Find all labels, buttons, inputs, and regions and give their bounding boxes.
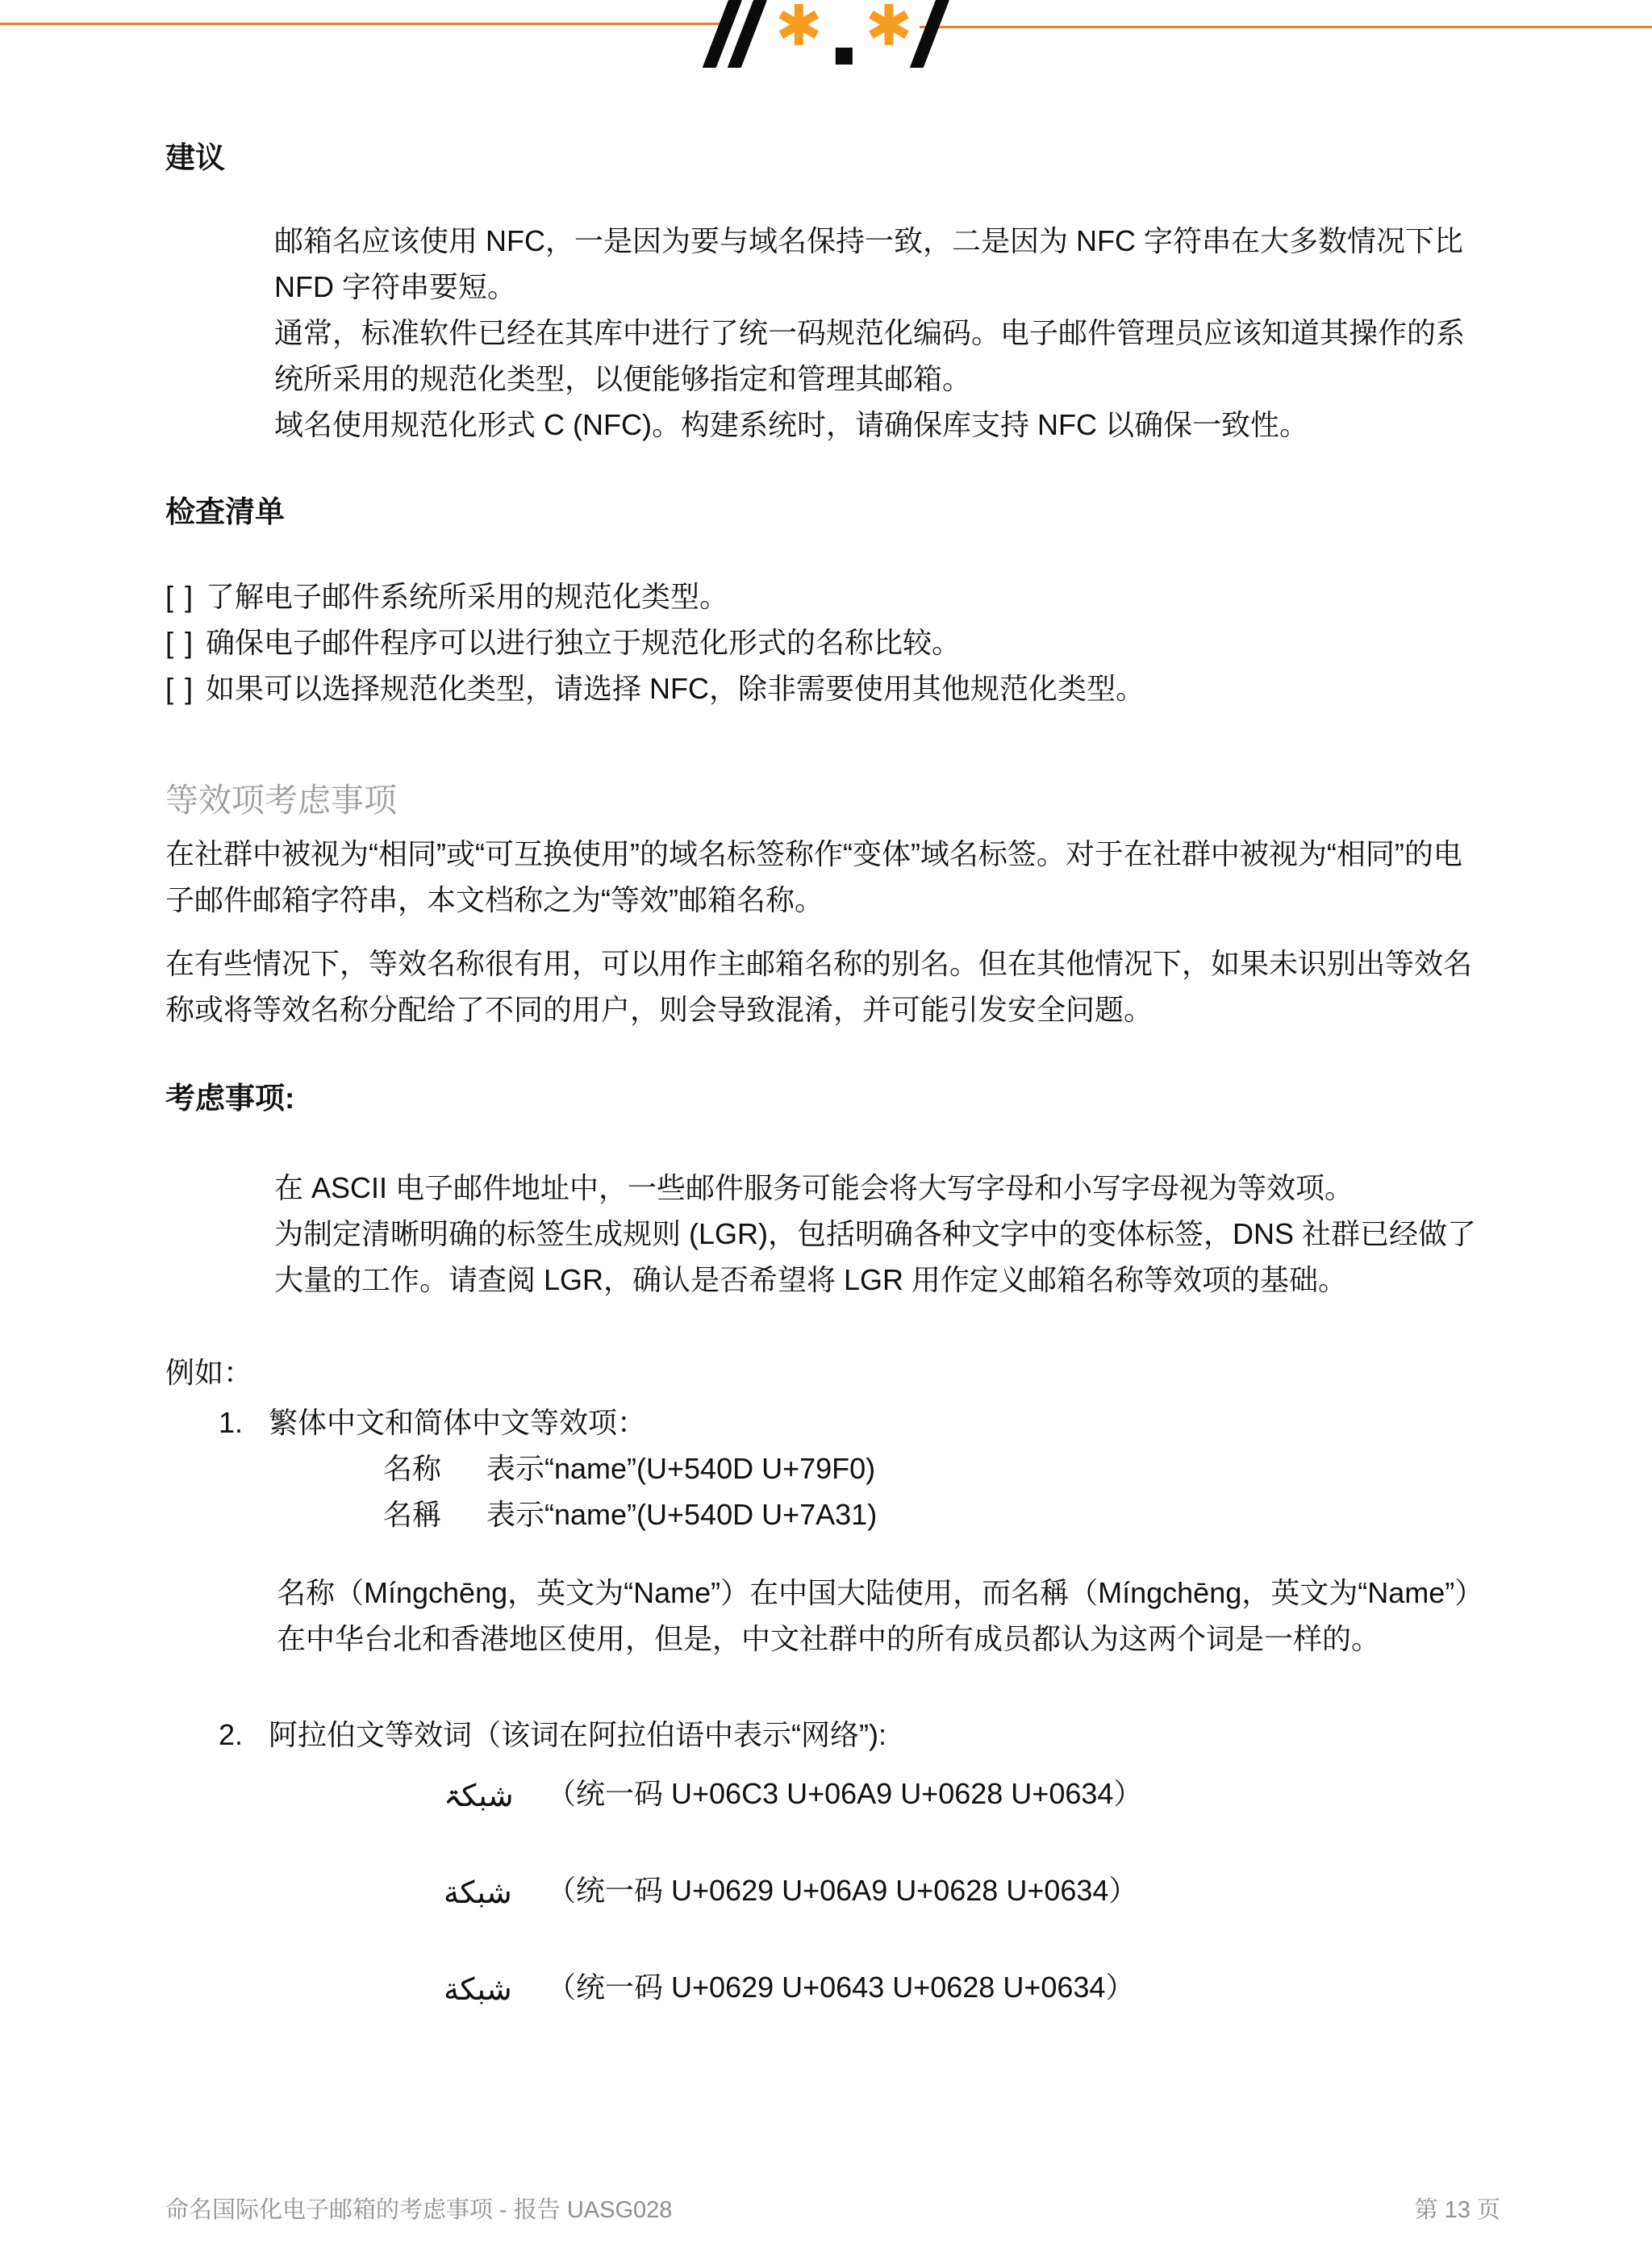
section-title-checklist: 检查清单	[165, 493, 1488, 532]
equivalence-row: 名称表示“name”(U+540D U+79F0)	[383, 1445, 1488, 1491]
term-traditional: 名稱	[383, 1491, 486, 1537]
term-description: 表示“name”(U+540D U+7A31)	[486, 1498, 877, 1531]
equivalence-row: شبکة（统一码 U+0629 U+06A9 U+0628 U+0634）	[444, 1867, 1488, 1916]
arabic-term: شبکۃ	[444, 1773, 547, 1819]
footer-page-number: 第 13 页	[1415, 2196, 1500, 2225]
paragraph: 在有些情况下，等效名称很有用，可以用作主邮箱名称的别名。但在其他情况下，如果未识…	[165, 941, 1488, 1032]
logo-asterisk-icon: ✱	[866, 0, 913, 52]
numbered-item-1: 1. 繁体中文和简体中文等效项：	[165, 1399, 1488, 1445]
list-item: 域名使用规范化形式 C (NFC)。构建系统时，请确保库支持 NFC 以确保一致…	[165, 402, 1488, 448]
logo-dot-icon	[836, 48, 853, 65]
checklist-item-text: 了解电子邮件系统所采用的规范化类型。	[206, 580, 728, 613]
subheading-considerations: 考虑事项:	[165, 1079, 1488, 1118]
bullet-marker	[223, 310, 274, 402]
bullet-marker	[223, 1165, 274, 1211]
term-description: （统一码 U+06C3 U+06A9 U+0628 U+0634）	[547, 1777, 1142, 1810]
bullet-marker	[223, 218, 274, 310]
arabic-term: شبكة	[444, 1967, 547, 2013]
checklist-item-text: 确保电子邮件程序可以进行独立于规范化形式的名称比较。	[206, 626, 961, 659]
term-description: （统一码 U+0629 U+06A9 U+0628 U+0634）	[547, 1874, 1137, 1907]
header-rule-right	[920, 26, 1652, 28]
term-description: （统一码 U+0629 U+0643 U+0628 U+0634）	[547, 1971, 1134, 2004]
list-item: 邮箱名应该使用 NFC，一是因为要与域名保持一致，二是因为 NFC 字符串在大多…	[165, 218, 1488, 310]
bullet-text: 为制定清晰明确的标签生成规则 (LGR)，包括明确各种文字中的变体标签，DNS …	[274, 1211, 1488, 1303]
bullet-text: 在 ASCII 电子邮件地址中，一些邮件服务可能会将大写字母和小写字母视为等效项…	[274, 1165, 1488, 1211]
example1-note: 名称（Míngchēng，英文为“Name”）在中国大陆使用，而名稱（Míngc…	[277, 1570, 1488, 1662]
bullet-marker	[223, 402, 274, 448]
arabic-term: شبکة	[444, 1870, 547, 1916]
item-number: 1.	[219, 1399, 269, 1445]
checklist-item: [ ]确保电子邮件程序可以进行独立于规范化形式的名称比较。	[165, 619, 1488, 665]
checklist-item: [ ]了解电子邮件系统所采用的规范化类型。	[165, 574, 1488, 619]
header-rule-left	[0, 23, 732, 25]
checklist-item: [ ]如果可以选择规范化类型，请选择 NFC，除非需要使用其他规范化类型。	[165, 665, 1488, 711]
logo-asterisk-icon: ✱	[775, 0, 823, 52]
equivalence-row: 名稱表示“name”(U+540D U+7A31)	[383, 1491, 1488, 1537]
checkbox-brackets: [ ]	[165, 580, 194, 613]
page-footer: 命名国际化电子邮箱的考虑事项 - 报告 UASG028 第 13 页	[165, 2196, 1500, 2225]
checklist-item-text: 如果可以选择规范化类型，请选择 NFC，除非需要使用其他规范化类型。	[206, 672, 1145, 705]
suggestions-bullet-list: 邮箱名应该使用 NFC，一是因为要与域名保持一致，二是因为 NFC 字符串在大多…	[165, 218, 1488, 448]
document-page: ✱ ✱ 建议 邮箱名应该使用 NFC，一是因为要与域名保持一致，二是因为 NFC…	[0, 0, 1652, 2265]
examples-label: 例如：	[165, 1349, 1488, 1395]
checkbox-brackets: [ ]	[165, 626, 194, 659]
bullet-text: 邮箱名应该使用 NFC，一是因为要与域名保持一致，二是因为 NFC 字符串在大多…	[274, 218, 1488, 310]
numbered-item-2: 2. 阿拉伯文等效词（该词在阿拉伯语中表示“网络”):	[165, 1712, 1488, 1758]
list-item: 为制定清晰明确的标签生成规则 (LGR)，包括明确各种文字中的变体标签，DNS …	[165, 1211, 1488, 1303]
document-body: 建议 邮箱名应该使用 NFC，一是因为要与域名保持一致，二是因为 NFC 字符串…	[0, 0, 1652, 2013]
item-title: 繁体中文和简体中文等效项：	[269, 1399, 1488, 1445]
paragraph: 在社群中被视为“相同”或“可互换使用”的域名标签称作“变体”域名标签。对于在社群…	[165, 831, 1488, 923]
bullet-text: 通常，标准软件已经在其库中进行了统一码规范化编码。电子邮件管理员应该知道其操作的…	[274, 310, 1488, 402]
footer-document-title: 命名国际化电子邮箱的考虑事项 - 报告 UASG028	[165, 2196, 672, 2225]
list-item: 通常，标准软件已经在其库中进行了统一码规范化编码。电子邮件管理员应该知道其操作的…	[165, 310, 1488, 402]
term-simplified: 名称	[383, 1445, 486, 1491]
bullet-text: 域名使用规范化形式 C (NFC)。构建系统时，请确保库支持 NFC 以确保一致…	[274, 402, 1488, 448]
item-number: 2.	[219, 1712, 269, 1758]
list-item: 在 ASCII 电子邮件地址中，一些邮件服务可能会将大写字母和小写字母视为等效项…	[165, 1165, 1488, 1211]
bullet-marker	[223, 1211, 274, 1303]
equivalence-row: شبكة（统一码 U+0629 U+0643 U+0628 U+0634）	[444, 1964, 1488, 2013]
section-title-equivalence: 等效项考虑事项	[165, 779, 1488, 821]
item-title: 阿拉伯文等效词（该词在阿拉伯语中表示“网络”):	[269, 1712, 1488, 1758]
uasg-logo: ✱ ✱	[710, 0, 942, 74]
equivalence-row: شبکۃ（统一码 U+06C3 U+06A9 U+0628 U+0634）	[444, 1771, 1488, 1819]
checkbox-brackets: [ ]	[165, 672, 194, 705]
considerations-bullet-list: 在 ASCII 电子邮件地址中，一些邮件服务可能会将大写字母和小写字母视为等效项…	[165, 1165, 1488, 1303]
term-description: 表示“name”(U+540D U+79F0)	[486, 1452, 875, 1485]
